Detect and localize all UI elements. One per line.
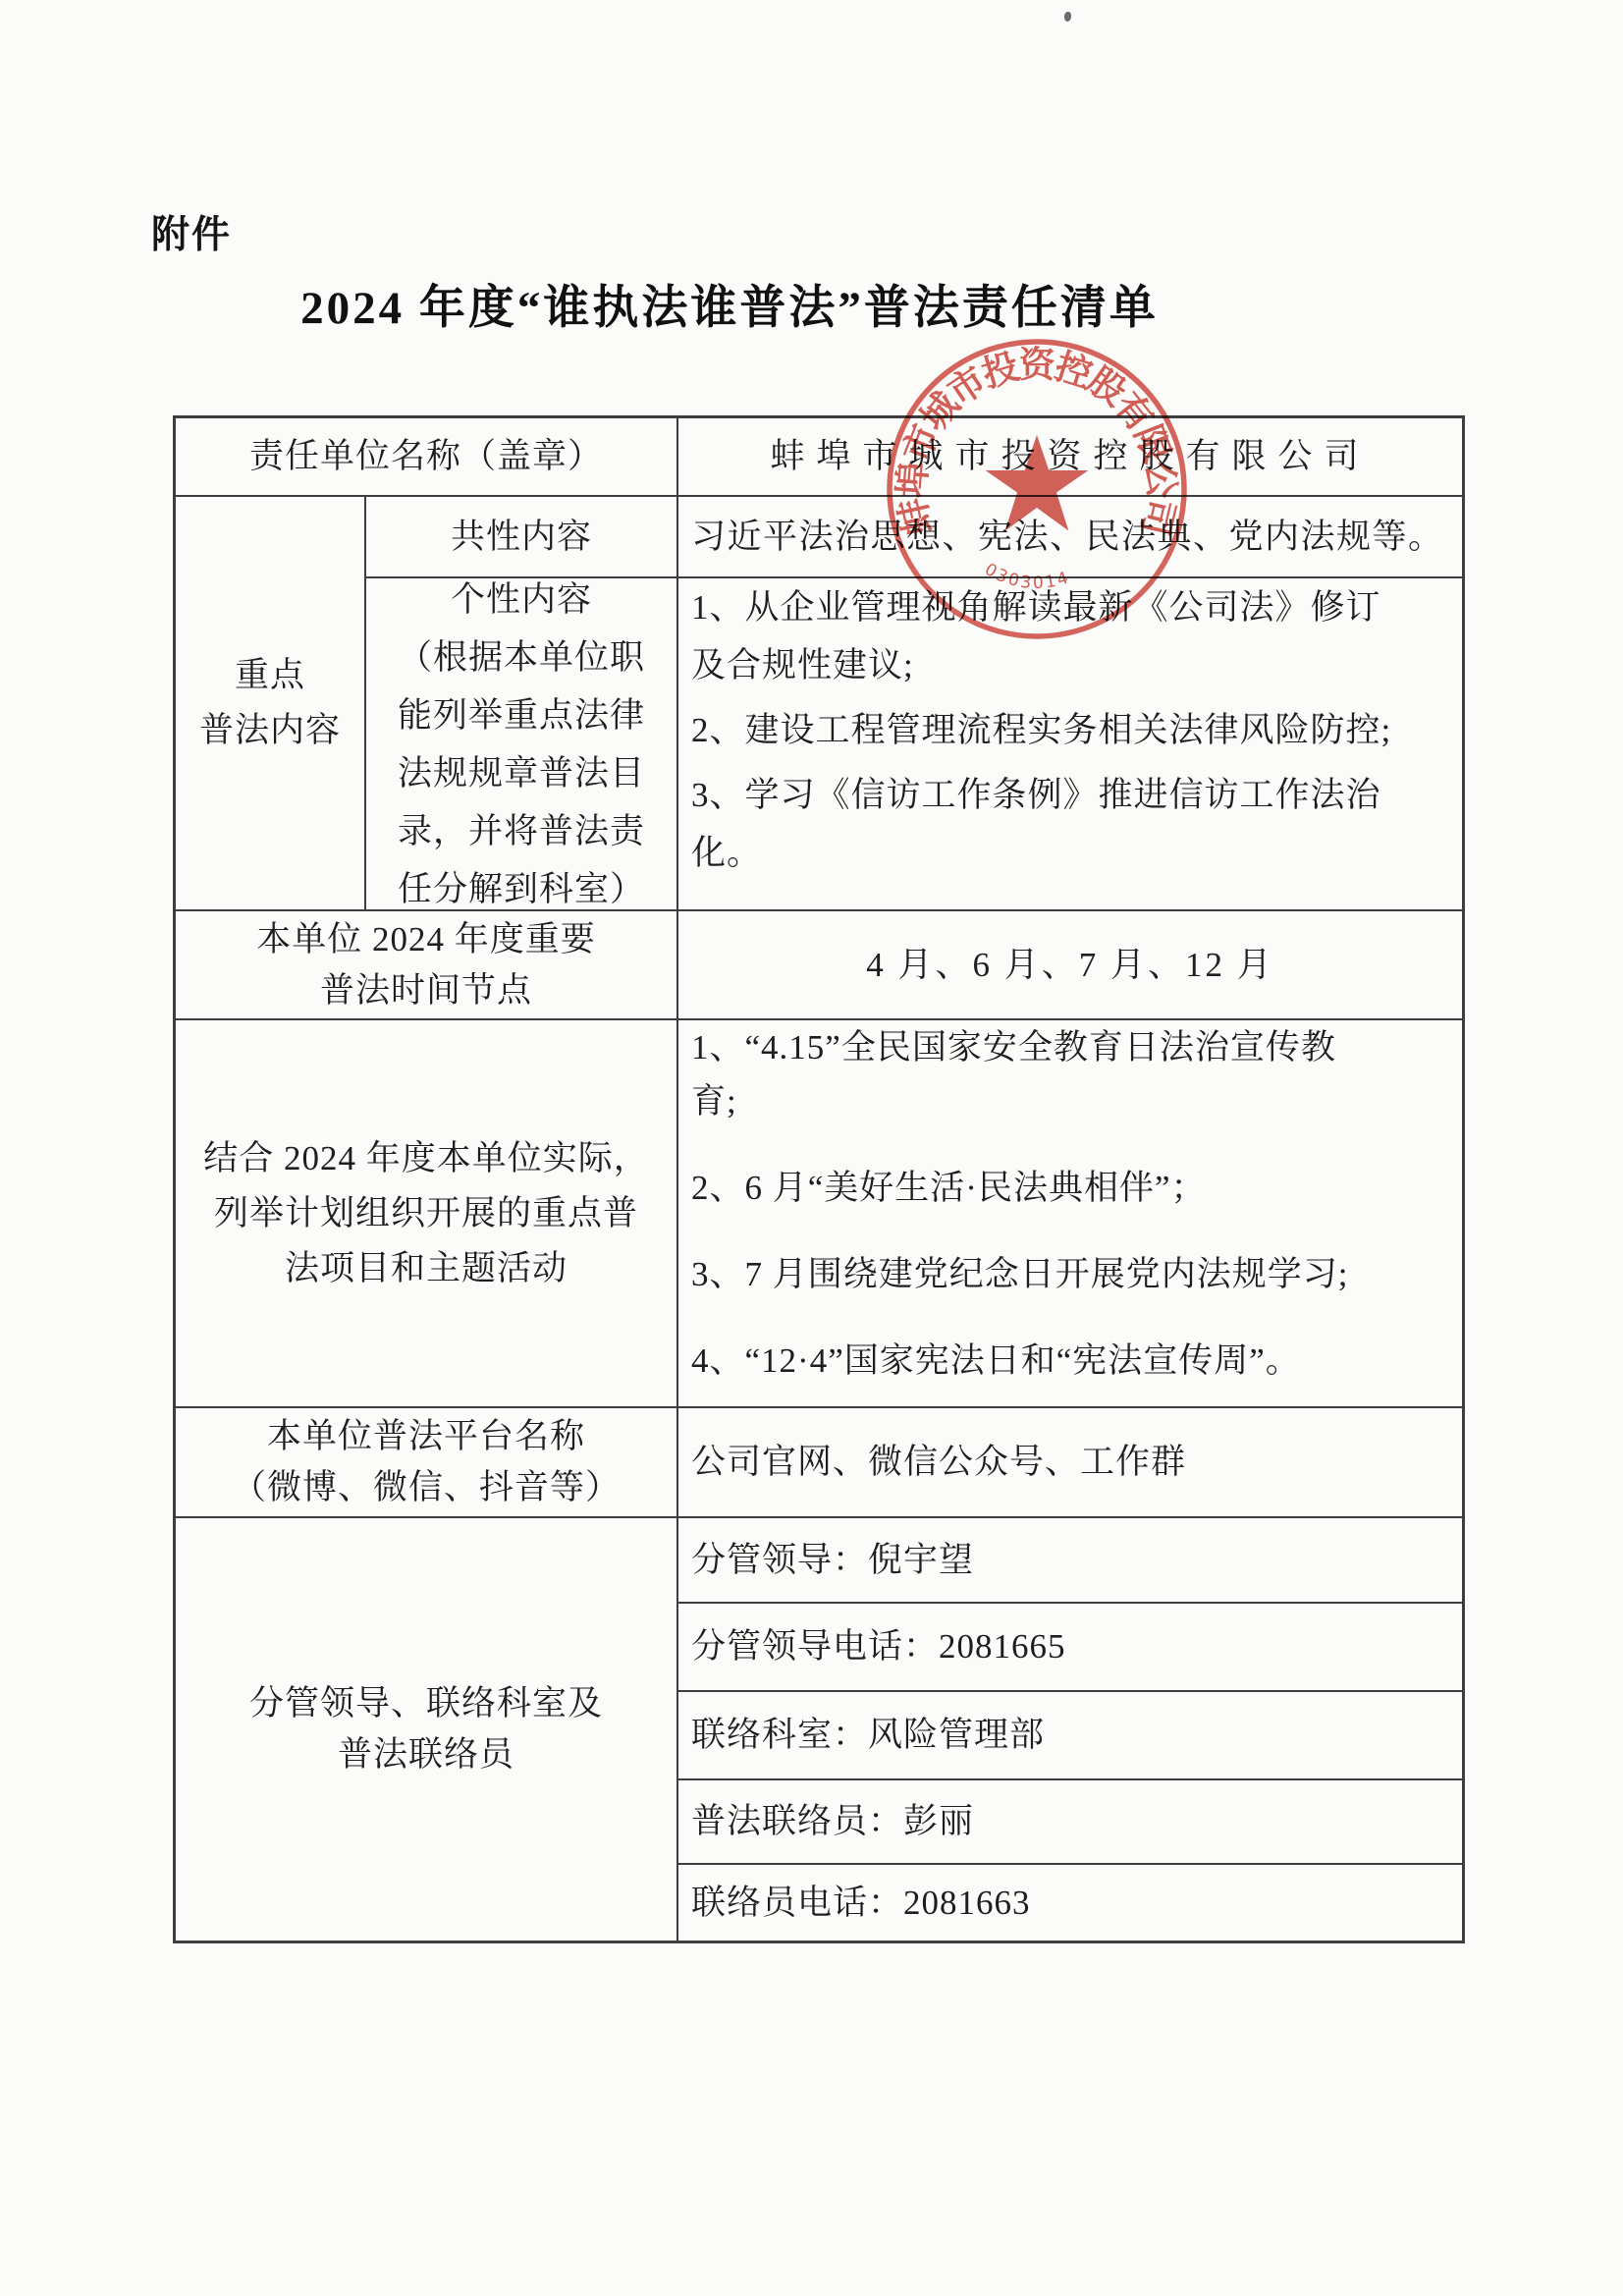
contact-liaison: 普法联络员：彭丽 xyxy=(677,1779,1463,1864)
individual-content-value: 1、从企业管理视角解读最新《公司法》修订 及合规性建议; 2、建设工程管理流程实… xyxy=(677,577,1463,910)
contact-liaison-phone: 联络员电话：2081663 xyxy=(677,1864,1463,1941)
unit-name-label: 责任单位名称（盖章） xyxy=(175,417,677,496)
responsibility-table: 责任单位名称（盖章） 蚌埠市城市投资控股有限公司 重点 普法内容 共性内容 习近… xyxy=(173,415,1465,1943)
unit-name-value: 蚌埠市城市投资控股有限公司 xyxy=(677,417,1463,496)
contact-department: 联络科室：风险管理部 xyxy=(677,1691,1463,1779)
project-item: 4、“12·4”国家宪法日和“宪法宣传周”。 xyxy=(691,1334,1301,1388)
platform-label: 本单位普法平台名称 （微博、微信、抖音等） xyxy=(175,1407,677,1517)
page-title: 2024 年度“谁执法谁普法”普法责任清单 xyxy=(243,271,1216,337)
individual-item: 2、建设工程管理流程实务相关法律风险防控; xyxy=(691,701,1391,759)
key-content-group-label: 重点 普法内容 xyxy=(175,496,365,910)
scan-speck xyxy=(1064,12,1071,22)
project-item: 1、“4.15”全民国家安全教育日法治宣传教 育; xyxy=(691,1020,1336,1128)
scanned-page: { "page": { "attachment_label": "附件", "t… xyxy=(0,0,1623,2296)
projects-label: 结合 2024 年度本单位实际， 列举计划组织开展的重点普 法项目和主题活动 xyxy=(175,1019,677,1407)
individual-item: 1、从企业管理视角解读最新《公司法》修订 及合规性建议; xyxy=(691,578,1381,694)
platform-value: 公司官网、微信公众号、工作群 xyxy=(677,1407,1463,1517)
common-content-value: 习近平法治思想、宪法、民法典、党内法规等。 xyxy=(677,496,1463,577)
attachment-label: 附件 xyxy=(151,204,232,259)
common-content-label: 共性内容 xyxy=(365,496,677,577)
individual-content-label: 个性内容 （根据本单位职 能列举重点法律 法规规章普法目 录，并将普法责 任分解… xyxy=(365,577,677,910)
project-item: 2、6 月“美好生活·民法典相伴”； xyxy=(691,1161,1206,1215)
contacts-label: 分管领导、联络科室及 普法联络员 xyxy=(175,1517,677,1941)
project-item: 3、7 月围绕建党纪念日开展党内法规学习; xyxy=(691,1247,1348,1301)
contact-leader: 分管领导：倪宇望 xyxy=(677,1517,1463,1603)
projects-value: 1、“4.15”全民国家安全教育日法治宣传教 育; 2、6 月“美好生活·民法典… xyxy=(677,1019,1463,1407)
timeline-label: 本单位 2024 年度重要 普法时间节点 xyxy=(175,910,677,1019)
timeline-value: 4 月、6 月、7 月、12 月 xyxy=(677,910,1463,1019)
contact-leader-phone: 分管领导电话：2081665 xyxy=(677,1603,1463,1691)
individual-item: 3、学习《信访工作条例》推进信访工作法治 化。 xyxy=(691,766,1381,882)
